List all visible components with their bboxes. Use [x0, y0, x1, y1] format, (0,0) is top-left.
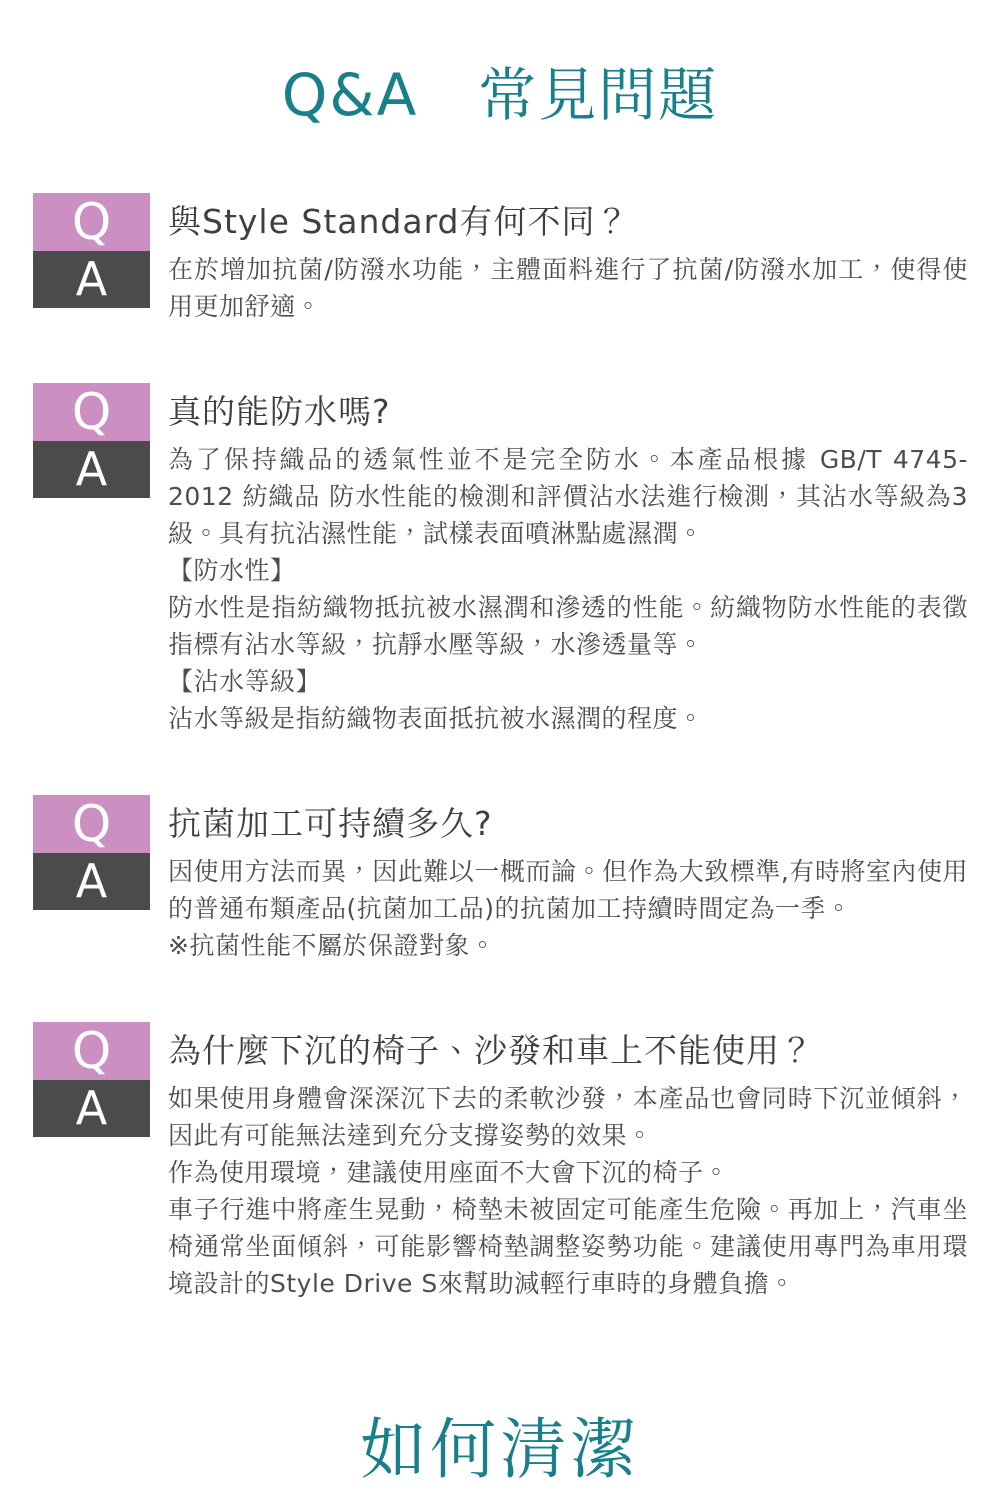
- answer-badge: A: [33, 853, 150, 910]
- answer-paragraph: 【防水性】: [168, 552, 968, 589]
- question-badge: Q: [33, 383, 150, 441]
- answer-paragraph: 車子行進中將產生晃動，椅墊未被固定可能產生危險。再加上，汽車坐椅通常坐面傾斜，可…: [168, 1191, 968, 1302]
- qa-item: Q A 抗菌加工可持續多久? 因使用方法而異，因此難以一概而論。但作為大致標準,…: [0, 795, 1000, 964]
- question-text: 為什麼下沉的椅子、沙發和車上不能使用？: [168, 1022, 968, 1080]
- question-text: 真的能防水嗎?: [168, 383, 968, 441]
- question-text: 與Style Standard有何不同？: [168, 193, 968, 251]
- answer-paragraph: 沾水等級是指紡織物表面抵抗被水濕潤的程度。: [168, 700, 968, 737]
- answer-badge: A: [33, 441, 150, 498]
- answer-text: 如果使用身體會深深沉下去的柔軟沙發，本產品也會同時下沉並傾斜，因此有可能無法達到…: [168, 1080, 968, 1302]
- answer-paragraph: ※抗菌性能不屬於保證對象。: [168, 927, 968, 964]
- answer-paragraph: 作為使用環境，建議使用座面不大會下沉的椅子。: [168, 1154, 968, 1191]
- page-title: Q&A 常見問題: [0, 62, 1000, 129]
- qa-section: Q A 與Style Standard有何不同？ 在於增加抗菌/防潑水功能，主體…: [0, 193, 1000, 1302]
- qa-marker: Q A: [33, 193, 150, 308]
- answer-paragraph: 【沾水等級】: [168, 663, 968, 700]
- answer-text: 在於增加抗菌/防潑水功能，主體面料進行了抗菌/防潑水加工，使得使用更加舒適。: [168, 251, 968, 325]
- answer-paragraph: 如果使用身體會深深沉下去的柔軟沙發，本產品也會同時下沉並傾斜，因此有可能無法達到…: [168, 1080, 968, 1154]
- qa-content: 真的能防水嗎? 為了保持織品的透氣性並不是完全防水。本產品根據 GB/T 474…: [150, 383, 968, 737]
- qa-item: Q A 真的能防水嗎? 為了保持織品的透氣性並不是完全防水。本產品根據 GB/T…: [0, 383, 1000, 737]
- answer-paragraph: 為了保持織品的透氣性並不是完全防水。本產品根據 GB/T 4745-2012 紡…: [168, 441, 968, 552]
- question-badge: Q: [33, 795, 150, 853]
- qa-item: Q A 與Style Standard有何不同？ 在於增加抗菌/防潑水功能，主體…: [0, 193, 1000, 325]
- answer-text: 因使用方法而異，因此難以一概而論。但作為大致標準,有時將室內使用的普通布類產品(…: [168, 853, 968, 964]
- answer-text: 為了保持織品的透氣性並不是完全防水。本產品根據 GB/T 4745-2012 紡…: [168, 441, 968, 737]
- answer-paragraph: 防水性是指紡織物抵抗被水濕潤和滲透的性能。紡織物防水性能的表徵指標有沾水等級，抗…: [168, 589, 968, 663]
- qa-content: 為什麼下沉的椅子、沙發和車上不能使用？ 如果使用身體會深深沉下去的柔軟沙發，本產…: [150, 1022, 968, 1302]
- question-badge: Q: [33, 193, 150, 251]
- qa-item: Q A 為什麼下沉的椅子、沙發和車上不能使用？ 如果使用身體會深深沉下去的柔軟沙…: [0, 1022, 1000, 1302]
- answer-badge: A: [33, 251, 150, 308]
- qa-page: Q&A 常見問題 Q A 與Style Standard有何不同？ 在於增加抗菌…: [0, 0, 1000, 1500]
- section-title-cleaning: 如何清潔: [0, 1414, 1000, 1487]
- answer-paragraph: 在於增加抗菌/防潑水功能，主體面料進行了抗菌/防潑水加工，使得使用更加舒適。: [168, 251, 968, 325]
- question-text: 抗菌加工可持續多久?: [168, 795, 968, 853]
- answer-badge: A: [33, 1080, 150, 1137]
- qa-content: 與Style Standard有何不同？ 在於增加抗菌/防潑水功能，主體面料進行…: [150, 193, 968, 325]
- qa-marker: Q A: [33, 383, 150, 498]
- qa-marker: Q A: [33, 1022, 150, 1137]
- qa-marker: Q A: [33, 795, 150, 910]
- qa-content: 抗菌加工可持續多久? 因使用方法而異，因此難以一概而論。但作為大致標準,有時將室…: [150, 795, 968, 964]
- answer-paragraph: 因使用方法而異，因此難以一概而論。但作為大致標準,有時將室內使用的普通布類產品(…: [168, 853, 968, 927]
- question-badge: Q: [33, 1022, 150, 1080]
